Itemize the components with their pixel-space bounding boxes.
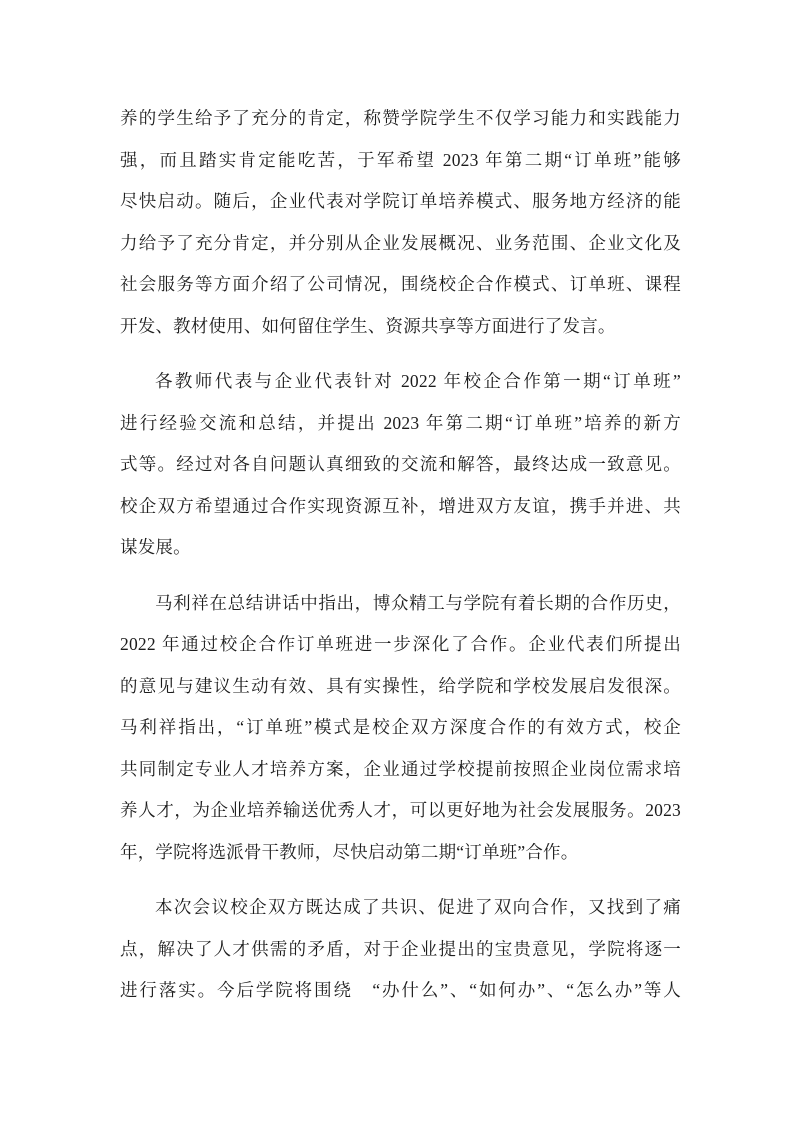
text-line: 力给予了充分肯定，并分别从企业发展概况、业务范围、企业文化及 [120, 223, 681, 265]
text-line: 强，而且踏实肯定能吃苦，于军希望 2023 年第二期“订单班”能够 [120, 140, 681, 182]
text-line: 本次会议校企双方既达成了共识、促进了双向合作，又找到了痛 [120, 887, 681, 929]
paragraph-2: 各教师代表与企业代表针对 2022 年校企合作第一期“订单班”进行经验交流和总结… [120, 361, 681, 569]
text-line: 进行经验交流和总结，并提出 2023 年第二期“订单班”培养的新方 [120, 403, 681, 445]
document-page: 养的学生给予了充分的肯定，称赞学院学生不仅学习能力和实践能力强，而且踏实肯定能吃… [0, 0, 800, 1131]
text-line: 谋发展。 [120, 527, 681, 569]
text-line: 式等。经过对各自问题认真细致的交流和解答，最终达成一致意见。 [120, 444, 681, 486]
text-line: 尽快启动。随后，企业代表对学院订单培养模式、服务地方经济的能 [120, 181, 681, 223]
text-line: 马利祥在总结讲话中指出，博众精工与学院有着长期的合作历史， [120, 583, 681, 625]
text-line: 进行落实。今后学院将围绕 “办什么”、“如何办”、“怎么办”等人 [120, 970, 681, 1012]
paragraph-1: 养的学生给予了充分的肯定，称赞学院学生不仅学习能力和实践能力强，而且踏实肯定能吃… [120, 98, 681, 347]
paragraph-3: 马利祥在总结讲话中指出，博众精工与学院有着长期的合作历史，2022 年通过校企合… [120, 583, 681, 874]
text-line: 年，学院将选派骨干教师，尽快启动第二期“订单班”合作。 [120, 832, 681, 874]
text-line: 社会服务等方面介绍了公司情况，围绕校企合作模式、订单班、课程 [120, 264, 681, 306]
text-line: 的意见与建议生动有效、具有实操性，给学院和学校发展启发很深。 [120, 666, 681, 708]
text-line: 开发、教材使用、如何留住学生、资源共享等方面进行了发言。 [120, 306, 681, 348]
text-line: 马利祥指出，“订单班”模式是校企双方深度合作的有效方式，校企 [120, 707, 681, 749]
text-line: 校企双方希望通过合作实现资源互补，增进双方友谊，携手并进、共 [120, 486, 681, 528]
text-line: 点，解决了人才供需的矛盾，对于企业提出的宝贵意见，学院将逐一 [120, 929, 681, 971]
text-line: 2022 年通过校企合作订单班进一步深化了合作。企业代表们所提出 [120, 624, 681, 666]
text-line: 养人才，为企业培养输送优秀人才，可以更好地为社会发展服务。2023 [120, 790, 681, 832]
paragraph-4: 本次会议校企双方既达成了共识、促进了双向合作，又找到了痛点，解决了人才供需的矛盾… [120, 887, 681, 1012]
text-line: 各教师代表与企业代表针对 2022 年校企合作第一期“订单班” [120, 361, 681, 403]
text-line: 共同制定专业人才培养方案，企业通过学校提前按照企业岗位需求培 [120, 749, 681, 791]
document-body: 养的学生给予了充分的肯定，称赞学院学生不仅学习能力和实践能力强，而且踏实肯定能吃… [120, 98, 681, 1026]
text-line: 养的学生给予了充分的肯定，称赞学院学生不仅学习能力和实践能力 [120, 98, 681, 140]
